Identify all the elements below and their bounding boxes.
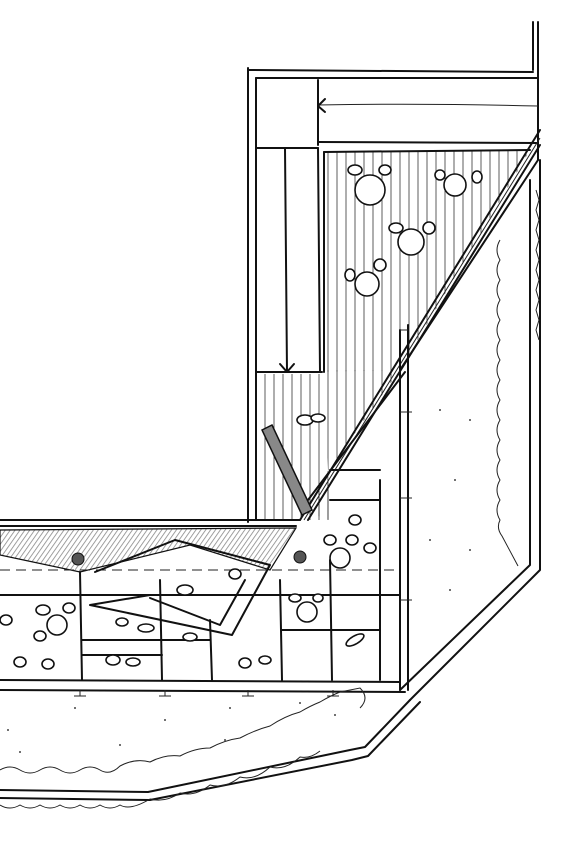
round-table	[34, 603, 75, 641]
garden-bed-bottom	[0, 688, 420, 808]
arrow-left-icon	[318, 99, 325, 112]
round-table	[289, 594, 323, 622]
railing	[400, 325, 412, 690]
plan-canvas	[0, 0, 568, 856]
lower-wing	[0, 470, 405, 692]
furniture	[0, 165, 482, 669]
striped-floor	[258, 150, 530, 520]
gravel-dots	[7, 409, 471, 753]
column	[72, 553, 84, 565]
column	[294, 551, 306, 563]
